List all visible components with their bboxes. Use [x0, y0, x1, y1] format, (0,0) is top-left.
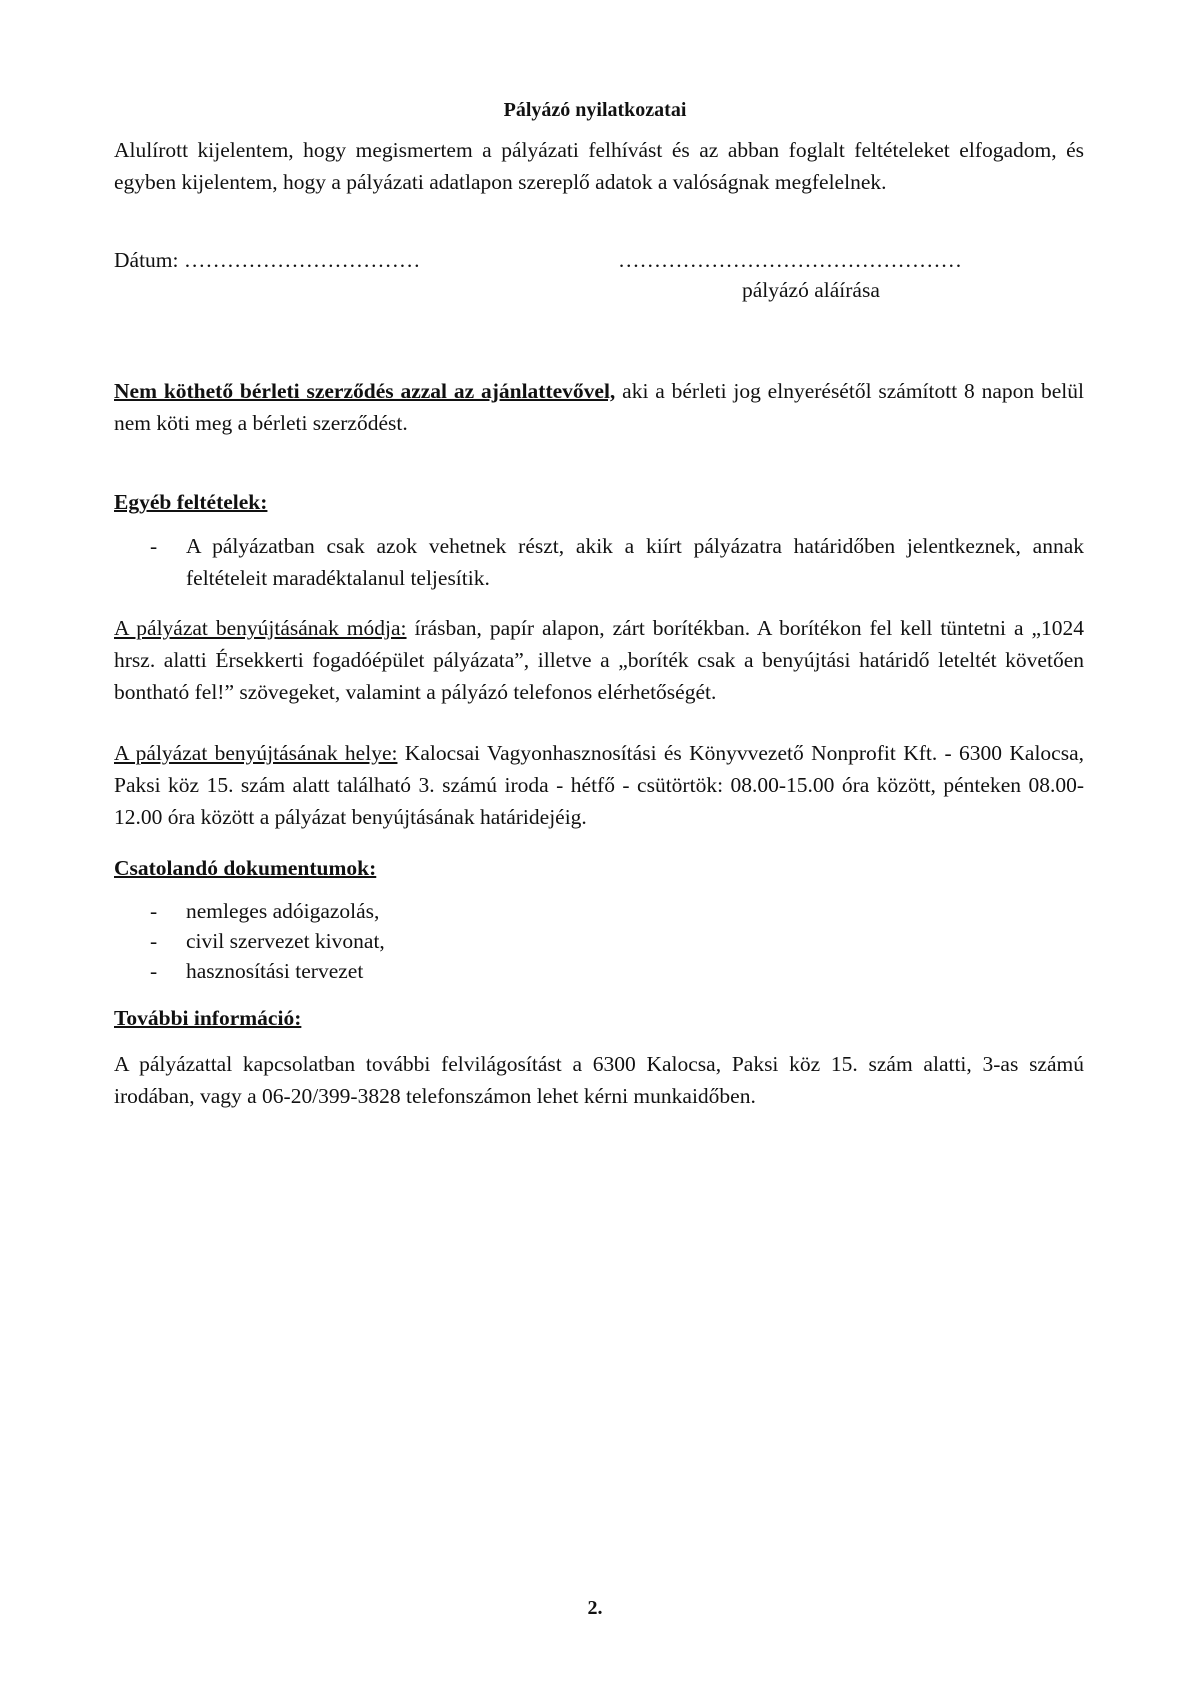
bullet-dash: -	[150, 530, 157, 562]
list-item: -civil szervezet kivonat,	[150, 926, 1084, 956]
list-item: -hasznosítási tervezet	[150, 956, 1084, 986]
signature-label: pályázó aláírása	[742, 274, 880, 306]
submission-method: A pályázat benyújtásának módja: írásban,…	[114, 612, 1084, 708]
list-item: -nemleges adóigazolás,	[150, 896, 1084, 926]
signature-line: …………………………………………	[618, 244, 962, 276]
contract-notice-bold: Nem köthető bérleti szerződés azzal az a…	[114, 379, 615, 403]
further-info-heading: További információ:	[114, 1002, 1084, 1034]
page-title: Pályázó nyilatkozatai	[0, 94, 1190, 126]
attachments-heading: Csatolandó dokumentumok:	[114, 852, 1084, 884]
other-conditions-list: -A pályázatban csak azok vehetnek részt,…	[150, 530, 1084, 594]
declaration-paragraph: Alulírott kijelentem, hogy megismertem a…	[114, 134, 1084, 198]
date-field: Dátum: ……………………………	[114, 244, 420, 276]
document-page: Pályázó nyilatkozatai Alulírott kijelent…	[0, 0, 1190, 1683]
submission-place: A pályázat benyújtásának helye: Kalocsai…	[114, 737, 1084, 833]
submission-method-label: A pályázat benyújtásának módja:	[114, 616, 407, 640]
submission-place-label: A pályázat benyújtásának helye:	[114, 741, 397, 765]
other-conditions-heading: Egyéb feltételek:	[114, 486, 1084, 518]
contract-notice: Nem köthető bérleti szerződés azzal az a…	[114, 375, 1084, 439]
further-info-text: A pályázattal kapcsolatban további felvi…	[114, 1048, 1084, 1112]
page-number: 2.	[0, 1592, 1190, 1624]
list-item: -A pályázatban csak azok vehetnek részt,…	[150, 530, 1084, 594]
attachments-list: -nemleges adóigazolás, -civil szervezet …	[150, 896, 1084, 986]
